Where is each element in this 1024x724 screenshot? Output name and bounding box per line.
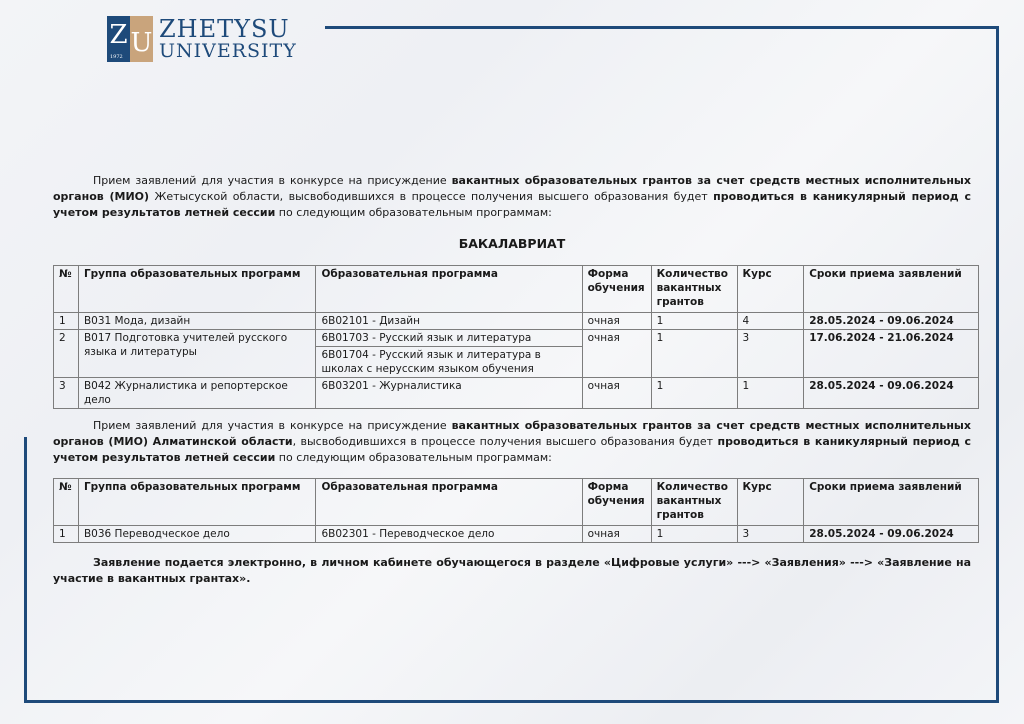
cell-program: 6В03201 - Журналистика <box>316 378 582 409</box>
header-course: Курс <box>737 266 804 313</box>
cell-group: В036 Переводческое дело <box>78 526 316 543</box>
cell-program: 6В01703 - Русский язык и литература <box>316 330 582 347</box>
frame-border-top <box>325 26 999 29</box>
intro-paragraph-zhetysu: Прием заявлений для участия в конкурсе н… <box>53 173 971 221</box>
section-heading-bachelor: БАКАЛАВРИАТ <box>0 236 1024 251</box>
header-form: Форма обучения <box>582 266 651 313</box>
cell-course: 3 <box>737 330 804 378</box>
header-qty: Количество вакантных грантов <box>651 479 737 526</box>
header-dates: Сроки приема заявлений <box>804 479 979 526</box>
header-group: Группа образовательных программ <box>78 479 316 526</box>
cell-no: 2 <box>54 330 79 378</box>
cell-dates: 28.05.2024 - 09.06.2024 <box>804 526 979 543</box>
cell-no: 1 <box>54 526 79 543</box>
cell-form: очная <box>582 313 651 330</box>
grants-table-zhetysu: № Группа образовательных программ Образо… <box>53 265 979 409</box>
cell-qty: 1 <box>651 330 737 378</box>
intro-paragraph-almaty: Прием заявлений для участия в конкурсе н… <box>53 418 971 466</box>
header-program: Образовательная программа <box>316 479 582 526</box>
frame-border-right <box>996 26 999 703</box>
frame-border-left <box>24 437 27 703</box>
table-row: 2 В017 Подготовка учителей русского язык… <box>54 330 979 347</box>
logo-mark-u: U <box>130 16 153 62</box>
cell-course: 1 <box>737 378 804 409</box>
table-header-row: № Группа образовательных программ Образо… <box>54 479 979 526</box>
header-qty: Количество вакантных грантов <box>651 266 737 313</box>
cell-group: В031 Мода, дизайн <box>78 313 316 330</box>
application-note: Заявление подается электронно, в личном … <box>53 555 971 587</box>
university-logo: Z 1972 U ZHETYSU UNIVERSITY <box>107 16 297 62</box>
cell-program: 6В02301 - Переводческое дело <box>316 526 582 543</box>
frame-border-bottom <box>24 700 999 703</box>
logo-year: 1972 <box>110 54 123 60</box>
cell-qty: 1 <box>651 378 737 409</box>
cell-course: 3 <box>737 526 804 543</box>
header-dates: Сроки приема заявлений <box>804 266 979 313</box>
header-form: Форма обучения <box>582 479 651 526</box>
cell-no: 1 <box>54 313 79 330</box>
cell-program: 6В01704 - Русский язык и литература в шк… <box>316 347 582 378</box>
table-row: 3 В042 Журналистика и репортерское дело … <box>54 378 979 409</box>
cell-dates: 28.05.2024 - 09.06.2024 <box>804 378 979 409</box>
cell-dates: 17.06.2024 - 21.06.2024 <box>804 330 979 378</box>
table-row: 1 В031 Мода, дизайн 6В02101 - Дизайн очн… <box>54 313 979 330</box>
header-program: Образовательная программа <box>316 266 582 313</box>
grants-table-almaty: № Группа образовательных программ Образо… <box>53 478 979 543</box>
cell-group: В042 Журналистика и репортерское дело <box>78 378 316 409</box>
cell-form: очная <box>582 526 651 543</box>
logo-mark-icon: Z 1972 U <box>107 16 153 62</box>
header-no: № <box>54 266 79 313</box>
cell-program: 6В02101 - Дизайн <box>316 313 582 330</box>
logo-line-2: UNIVERSITY <box>159 41 297 62</box>
cell-qty: 1 <box>651 526 737 543</box>
logo-mark-z: Z 1972 <box>107 16 130 62</box>
logo-wordmark: ZHETYSU UNIVERSITY <box>159 17 297 62</box>
header-course: Курс <box>737 479 804 526</box>
header-no: № <box>54 479 79 526</box>
cell-group: В017 Подготовка учителей русского языка … <box>78 330 316 378</box>
cell-form: очная <box>582 330 651 378</box>
cell-dates: 28.05.2024 - 09.06.2024 <box>804 313 979 330</box>
table-header-row: № Группа образовательных программ Образо… <box>54 266 979 313</box>
logo-line-1: ZHETYSU <box>159 17 297 41</box>
cell-qty: 1 <box>651 313 737 330</box>
cell-course: 4 <box>737 313 804 330</box>
cell-no: 3 <box>54 378 79 409</box>
cell-form: очная <box>582 378 651 409</box>
header-group: Группа образовательных программ <box>78 266 316 313</box>
table-row: 1 В036 Переводческое дело 6В02301 - Пере… <box>54 526 979 543</box>
